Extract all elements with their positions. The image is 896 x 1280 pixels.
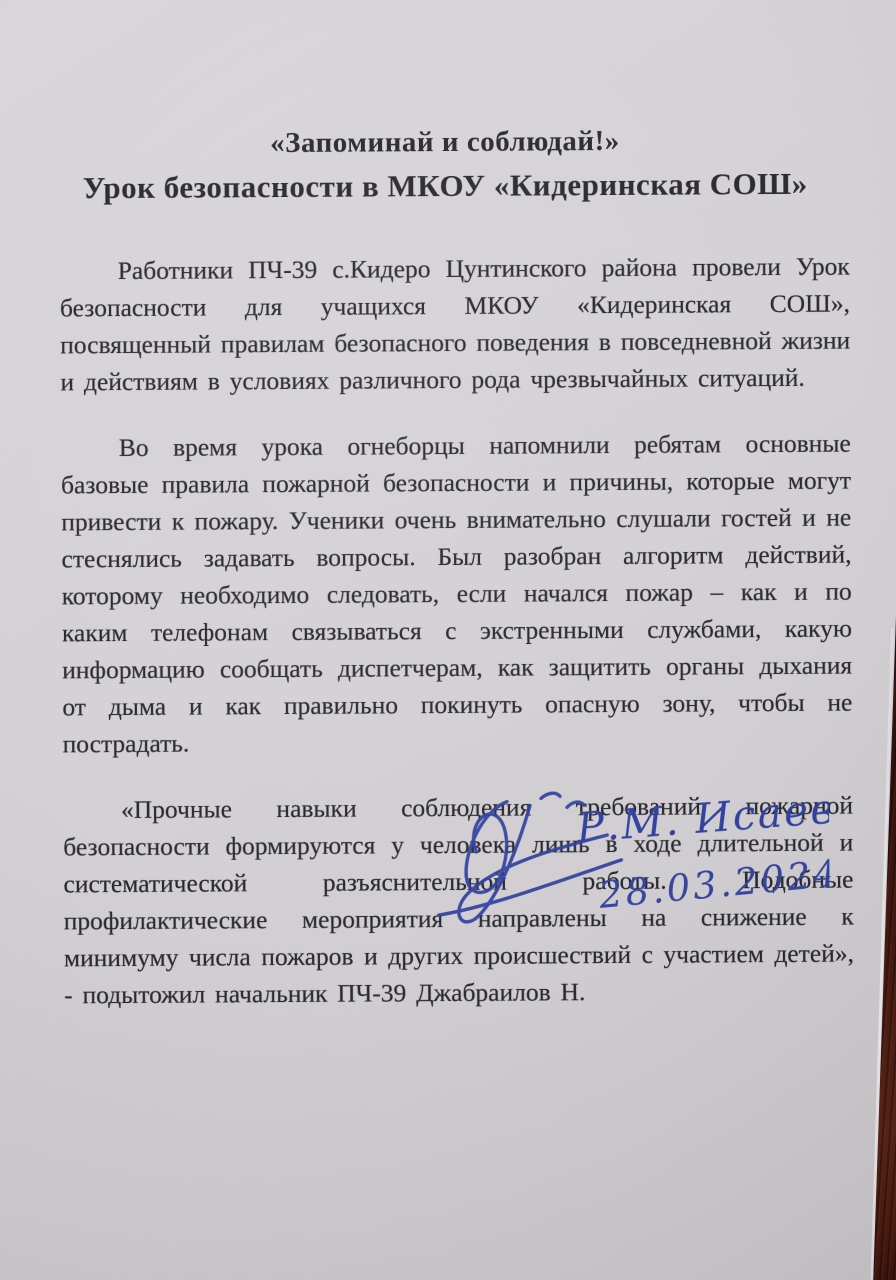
- document-title-line1: «Запоминай и соблюдай!»: [0, 123, 893, 161]
- signature: Р.М. Исаев 28.03.2024: [409, 764, 830, 937]
- document-title-line2: Урок безопасности в МКОУ «Кидеринская СО…: [0, 165, 893, 206]
- document-sheet: «Запоминай и соблюдай!» Урок безопасност…: [0, 0, 896, 1280]
- document-title: «Запоминай и соблюдай!» Урок безопасност…: [0, 123, 893, 206]
- paragraph-2: Во время урока огнеборцы напомнили ребят…: [61, 425, 853, 763]
- paragraph-1: Работники ПЧ-39 с.Кидеро Цунтинского рай…: [60, 248, 851, 401]
- document-photo: «Запоминай и соблюдай!» Урок безопасност…: [0, 0, 896, 1280]
- signature-date: 28.03.2024: [596, 852, 830, 917]
- signature-name: Р.М. Исаев: [574, 784, 830, 852]
